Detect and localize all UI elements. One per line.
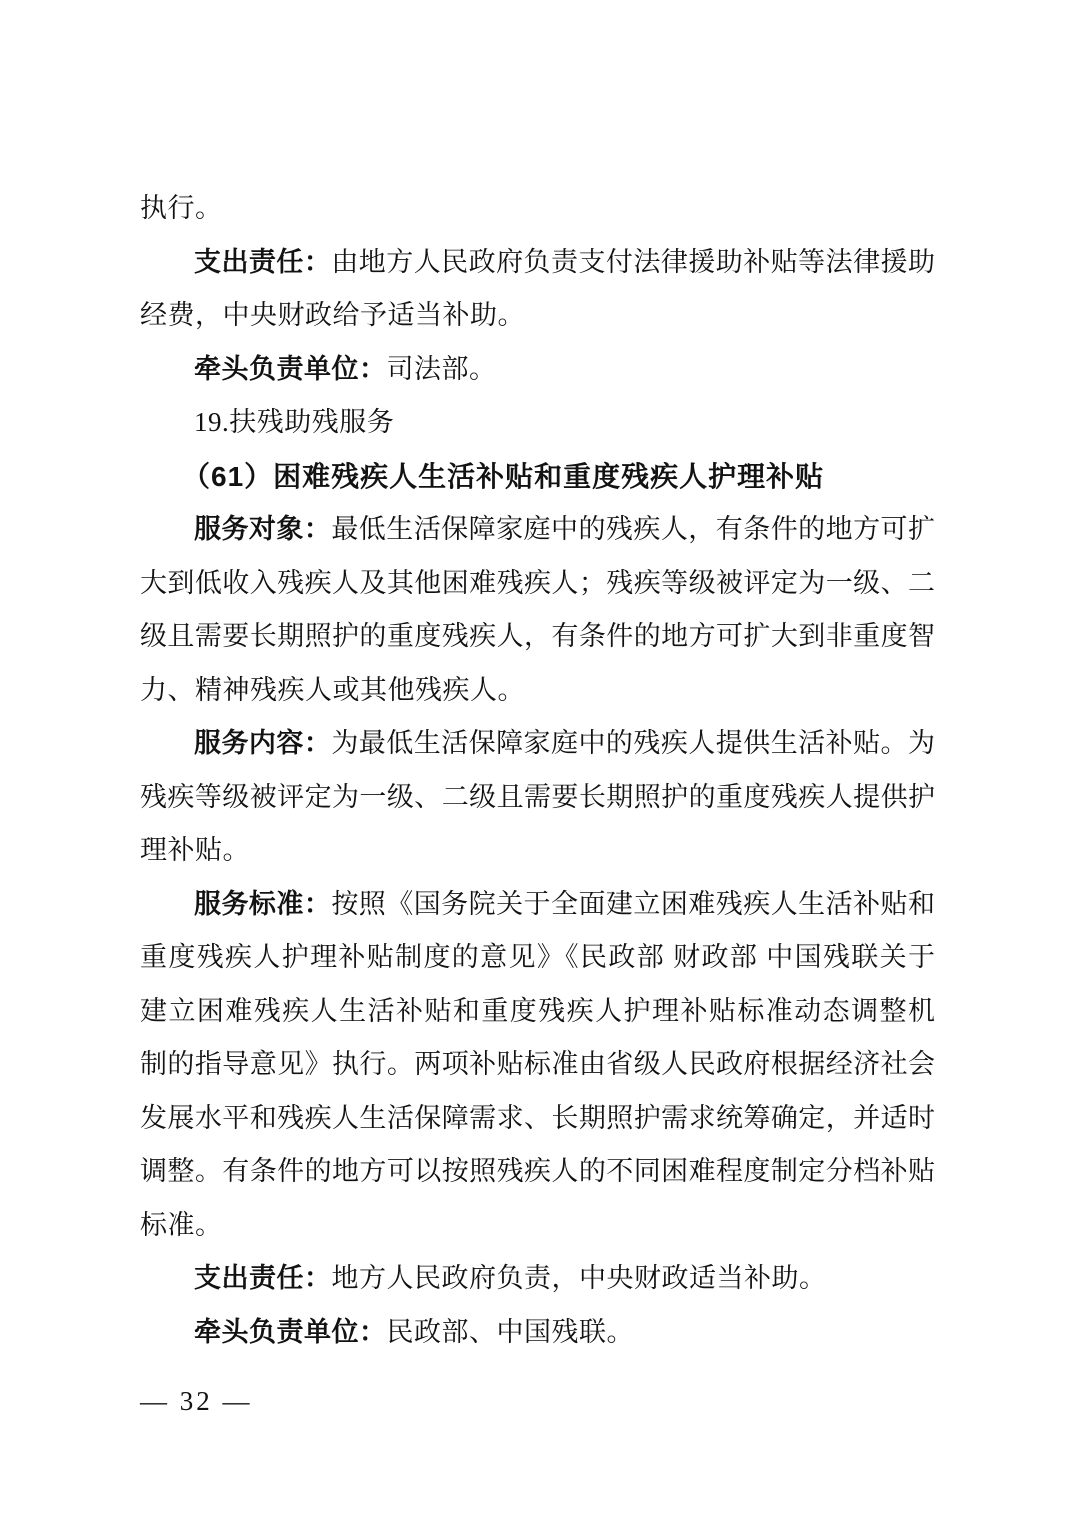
field-label: 服务标准： (194, 889, 331, 919)
body-text: 建立困难残疾人生活补贴和重度残疾人护理补贴标准动态调整机 (140, 996, 935, 1026)
body-text: 制的指导意见》执行。两项补贴标准由省级人民政府根据经济社会 (140, 1049, 935, 1079)
body-text: 调整。有条件的地方可以按照残疾人的不同困难程度制定分档补贴 (140, 1156, 935, 1186)
document-body: 执行。 支出责任：由地方人民政府负责支付法律援助补贴等法律援助 经费，中央财政给… (140, 182, 935, 1359)
body-text: 理补贴。 (140, 835, 250, 865)
footer-page-number: — 32 — (140, 1384, 253, 1418)
body-line: 残疾等级被评定为一级、二级且需要长期照护的重度残疾人提供护 (140, 771, 935, 825)
body-line: 力、精神残疾人或其他残疾人。 (140, 664, 935, 718)
field-label: 支出责任： (194, 247, 331, 277)
field-label: 牵头负责单位： (194, 354, 387, 384)
body-text: 司法部。 (387, 354, 497, 384)
body-text: 最低生活保障家庭中的残疾人，有条件的地方可扩 (331, 514, 935, 544)
body-text: 执行。 (140, 193, 223, 223)
field-label: 支出责任： (194, 1263, 332, 1293)
body-text: 按照《国务院关于全面建立困难残疾人生活补贴和 (331, 889, 935, 919)
body-text: 为最低生活保障家庭中的残疾人提供生活补贴。为 (331, 728, 935, 758)
body-text: 民政部、中国残联。 (387, 1317, 635, 1347)
body-line: 牵头负责单位：民政部、中国残联。 (140, 1306, 935, 1360)
body-line: 发展水平和残疾人生活保障需求、长期照护需求统筹确定，并适时 (140, 1092, 935, 1146)
body-text: 由地方人民政府负责支付法律援助补贴等法律援助 (331, 247, 935, 277)
body-line: 服务内容：为最低生活保障家庭中的残疾人提供生活补贴。为 (140, 717, 935, 771)
body-line: 服务对象：最低生活保障家庭中的残疾人，有条件的地方可扩 (140, 503, 935, 557)
body-line: 标准。 (140, 1199, 935, 1253)
body-text: 标准。 (140, 1210, 223, 1240)
body-line: 大到低收入残疾人及其他困难残疾人；残疾等级被评定为一级、二 (140, 557, 935, 611)
body-text: 重度残疾人护理补贴制度的意见》《民政部 财政部 中国残联关于 (140, 942, 935, 972)
body-text: 经费，中央财政给予适当补助。 (140, 300, 525, 330)
body-line: 服务标准：按照《国务院关于全面建立困难残疾人生活补贴和 (140, 878, 935, 932)
body-line: 牵头负责单位：司法部。 (140, 343, 935, 397)
body-line: 理补贴。 (140, 824, 935, 878)
body-line: 支出责任：由地方人民政府负责支付法律援助补贴等法律援助 (140, 236, 935, 290)
body-line: 经费，中央财政给予适当补助。 (140, 289, 935, 343)
section-heading-text: 19.扶残助残服务 (194, 407, 394, 437)
body-text: 发展水平和残疾人生活保障需求、长期照护需求统筹确定，并适时 (140, 1103, 935, 1133)
body-line: 制的指导意见》执行。两项补贴标准由省级人民政府根据经济社会 (140, 1038, 935, 1092)
body-line: 支出责任：地方人民政府负责，中央财政适当补助。 (140, 1252, 935, 1306)
body-text: 残疾等级被评定为一级、二级且需要长期照护的重度残疾人提供护 (140, 782, 935, 812)
subsection-heading: （61）困难残疾人生活补贴和重度残疾人护理补贴 (140, 450, 935, 504)
body-line: 调整。有条件的地方可以按照残疾人的不同困难程度制定分档补贴 (140, 1145, 935, 1199)
body-line: 重度残疾人护理补贴制度的意见》《民政部 财政部 中国残联关于 (140, 931, 935, 985)
body-text: 大到低收入残疾人及其他困难残疾人；残疾等级被评定为一级、二 (140, 568, 935, 598)
subsection-heading-text: （61）困难残疾人生活补贴和重度残疾人护理补贴 (182, 461, 824, 492)
body-line: 执行。 (140, 182, 935, 236)
field-label: 服务内容： (194, 728, 331, 758)
body-text: 级且需要长期照护的重度残疾人，有条件的地方可扩大到非重度智 (140, 621, 935, 651)
document-page: 执行。 支出责任：由地方人民政府负责支付法律援助补贴等法律援助 经费，中央财政给… (0, 0, 1074, 1520)
body-line: 建立困难残疾人生活补贴和重度残疾人护理补贴标准动态调整机 (140, 985, 935, 1039)
body-text: 力、精神残疾人或其他残疾人。 (140, 675, 525, 705)
body-line: 级且需要长期照护的重度残疾人，有条件的地方可扩大到非重度智 (140, 610, 935, 664)
body-text: 地方人民政府负责，中央财政适当补助。 (332, 1263, 827, 1293)
field-label: 服务对象： (194, 514, 331, 544)
section-heading: 19.扶残助残服务 (140, 396, 935, 450)
field-label: 牵头负责单位： (194, 1317, 387, 1347)
